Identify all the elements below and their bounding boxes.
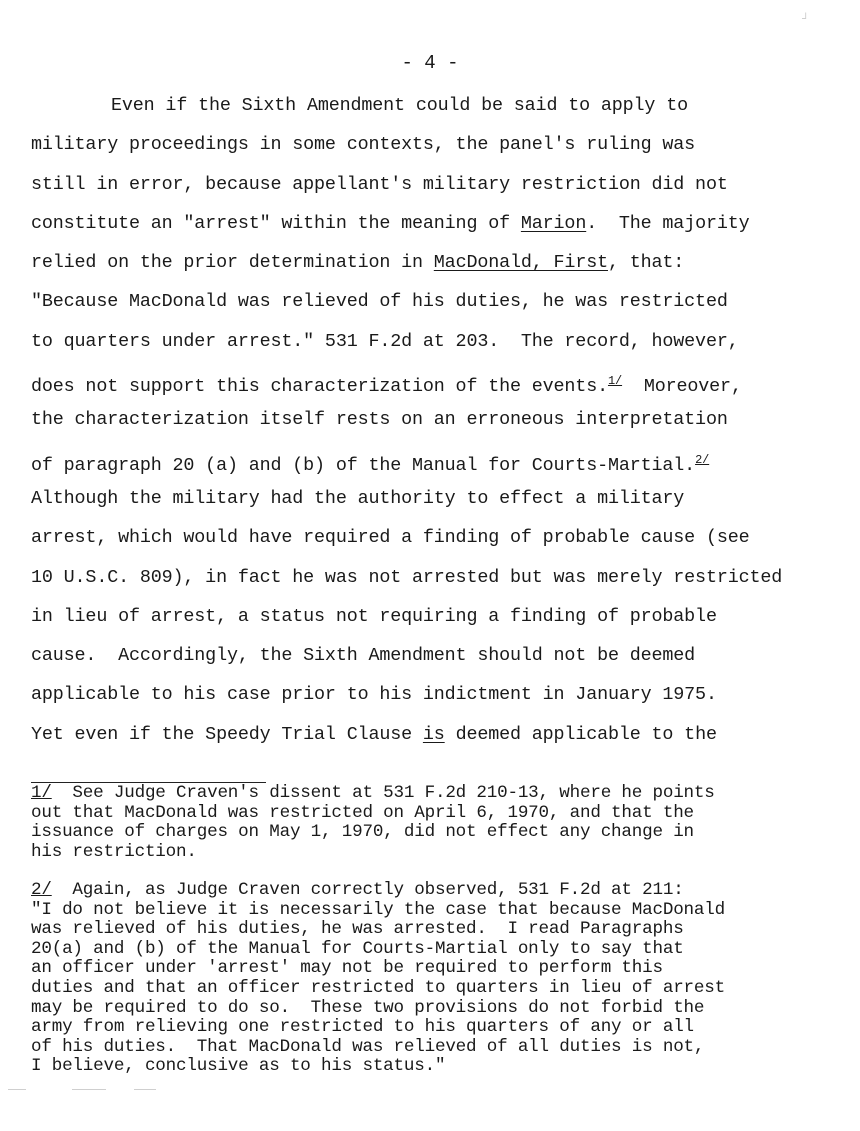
case-citation: Marion xyxy=(521,213,586,234)
footnote-2: 2/ Again, as Judge Craven correctly obse… xyxy=(31,881,725,1077)
body-line: applicable to his case prior to his indi… xyxy=(31,681,782,720)
text-span: arrest, which would have required a find… xyxy=(31,527,750,548)
text-span: the characterization itself rests on an … xyxy=(31,409,728,430)
footnote-text: Again, as Judge Craven correctly observe… xyxy=(52,880,684,900)
case-citation: is xyxy=(423,724,445,745)
body-line: "Because MacDonald was relieved of his d… xyxy=(31,288,782,327)
scan-artifact: ⅃ xyxy=(802,12,807,22)
text-span: Although the military had the authority … xyxy=(31,488,684,509)
footnote-marker: 2/ xyxy=(31,880,52,900)
footnote-text: of his duties. That MacDonald was reliev… xyxy=(31,1037,704,1057)
scan-artifact xyxy=(8,1089,26,1090)
body-line: the characterization itself rests on an … xyxy=(31,406,782,445)
body-line: cause. Accordingly, the Sixth Amendment … xyxy=(31,642,782,681)
footnote-line: of his duties. That MacDonald was reliev… xyxy=(31,1038,725,1058)
footnote-line: "I do not believe it is necessarily the … xyxy=(31,901,725,921)
text-span: Moreover, xyxy=(622,376,742,397)
body-line: to quarters under arrest." 531 F.2d at 2… xyxy=(31,328,782,367)
footnote-line: 1/ See Judge Craven's dissent at 531 F.2… xyxy=(31,784,715,804)
footnote-text: was relieved of his duties, he was arres… xyxy=(31,919,684,939)
text-span: still in error, because appellant's mili… xyxy=(31,174,728,195)
scan-artifact xyxy=(72,1089,106,1090)
footnote-line: I believe, conclusive as to his status." xyxy=(31,1057,725,1077)
text-span: in lieu of arrest, a status not requirin… xyxy=(31,606,717,627)
footnote-line: issuance of charges on May 1, 1970, did … xyxy=(31,823,715,843)
body-text: Even if the Sixth Amendment could be sai… xyxy=(31,92,782,760)
text-span: 10 U.S.C. 809), in fact he was not arres… xyxy=(31,567,782,588)
footnote-line: out that MacDonald was restricted on Apr… xyxy=(31,804,715,824)
footnote-text: an officer under 'arrest' may not be req… xyxy=(31,958,663,978)
text-span: constitute an "arrest" within the meanin… xyxy=(31,213,521,234)
body-line: 10 U.S.C. 809), in fact he was not arres… xyxy=(31,564,782,603)
footnote-line: was relieved of his duties, he was arres… xyxy=(31,920,725,940)
text-span: applicable to his case prior to his indi… xyxy=(31,684,717,705)
footnote-text: See Judge Craven's dissent at 531 F.2d 2… xyxy=(52,783,715,803)
footnote-text: army from relieving one restricted to hi… xyxy=(31,1017,694,1037)
footnote-text: duties and that an officer restricted to… xyxy=(31,978,725,998)
text-span: of paragraph 20 (a) and (b) of the Manua… xyxy=(31,455,695,476)
body-line: does not support this characterization o… xyxy=(31,367,782,406)
footnote-text: his restriction. xyxy=(31,842,197,862)
footnote-text: 20(a) and (b) of the Manual for Courts-M… xyxy=(31,939,684,959)
body-line: Even if the Sixth Amendment could be sai… xyxy=(31,92,782,131)
text-span: . The majority xyxy=(586,213,749,234)
footnote-text: may be required to do so. These two prov… xyxy=(31,998,704,1018)
text-span: to quarters under arrest." 531 F.2d at 2… xyxy=(31,331,739,352)
footnote-line: 2/ Again, as Judge Craven correctly obse… xyxy=(31,881,725,901)
footnote-text: issuance of charges on May 1, 1970, did … xyxy=(31,822,694,842)
body-line: arrest, which would have required a find… xyxy=(31,524,782,563)
text-span: Yet even if the Speedy Trial Clause xyxy=(31,724,423,745)
footnote-line: an officer under 'arrest' may not be req… xyxy=(31,959,725,979)
text-span: military proceedings in some contexts, t… xyxy=(31,134,695,155)
text-span: Even if the Sixth Amendment could be sai… xyxy=(111,95,688,116)
text-span: deemed applicable to the xyxy=(445,724,717,745)
body-line: relied on the prior determination in Mac… xyxy=(31,249,782,288)
body-line: in lieu of arrest, a status not requirin… xyxy=(31,603,782,642)
footnote-line: may be required to do so. These two prov… xyxy=(31,999,725,1019)
text-span: cause. Accordingly, the Sixth Amendment … xyxy=(31,645,695,666)
body-line: of paragraph 20 (a) and (b) of the Manua… xyxy=(31,446,782,485)
footnote-text: I believe, conclusive as to his status." xyxy=(31,1056,445,1076)
footnote-line: his restriction. xyxy=(31,843,715,863)
body-line: military proceedings in some contexts, t… xyxy=(31,131,782,170)
text-span: , that: xyxy=(608,252,684,273)
text-span: relied on the prior determination in xyxy=(31,252,434,273)
footnote-marker: 1/ xyxy=(31,783,52,803)
footnote-line: army from relieving one restricted to hi… xyxy=(31,1018,725,1038)
footnote-text: "I do not believe it is necessarily the … xyxy=(31,900,725,920)
body-line: Yet even if the Speedy Trial Clause is d… xyxy=(31,721,782,760)
page-number: - 4 - xyxy=(0,52,860,74)
footnote-reference: 2/ xyxy=(695,453,709,467)
body-line: still in error, because appellant's mili… xyxy=(31,171,782,210)
footnote-line: duties and that an officer restricted to… xyxy=(31,979,725,999)
footnote-line: 20(a) and (b) of the Manual for Courts-M… xyxy=(31,940,725,960)
footnote-reference: 1/ xyxy=(608,374,622,388)
text-span: "Because MacDonald was relieved of his d… xyxy=(31,291,728,312)
scan-artifact xyxy=(134,1089,156,1090)
footnote-text: out that MacDonald was restricted on Apr… xyxy=(31,803,694,823)
body-line: Although the military had the authority … xyxy=(31,485,782,524)
case-citation: MacDonald, First xyxy=(434,252,608,273)
footnote-1: 1/ See Judge Craven's dissent at 531 F.2… xyxy=(31,784,715,862)
body-line: constitute an "arrest" within the meanin… xyxy=(31,210,782,249)
text-span: does not support this characterization o… xyxy=(31,376,608,397)
